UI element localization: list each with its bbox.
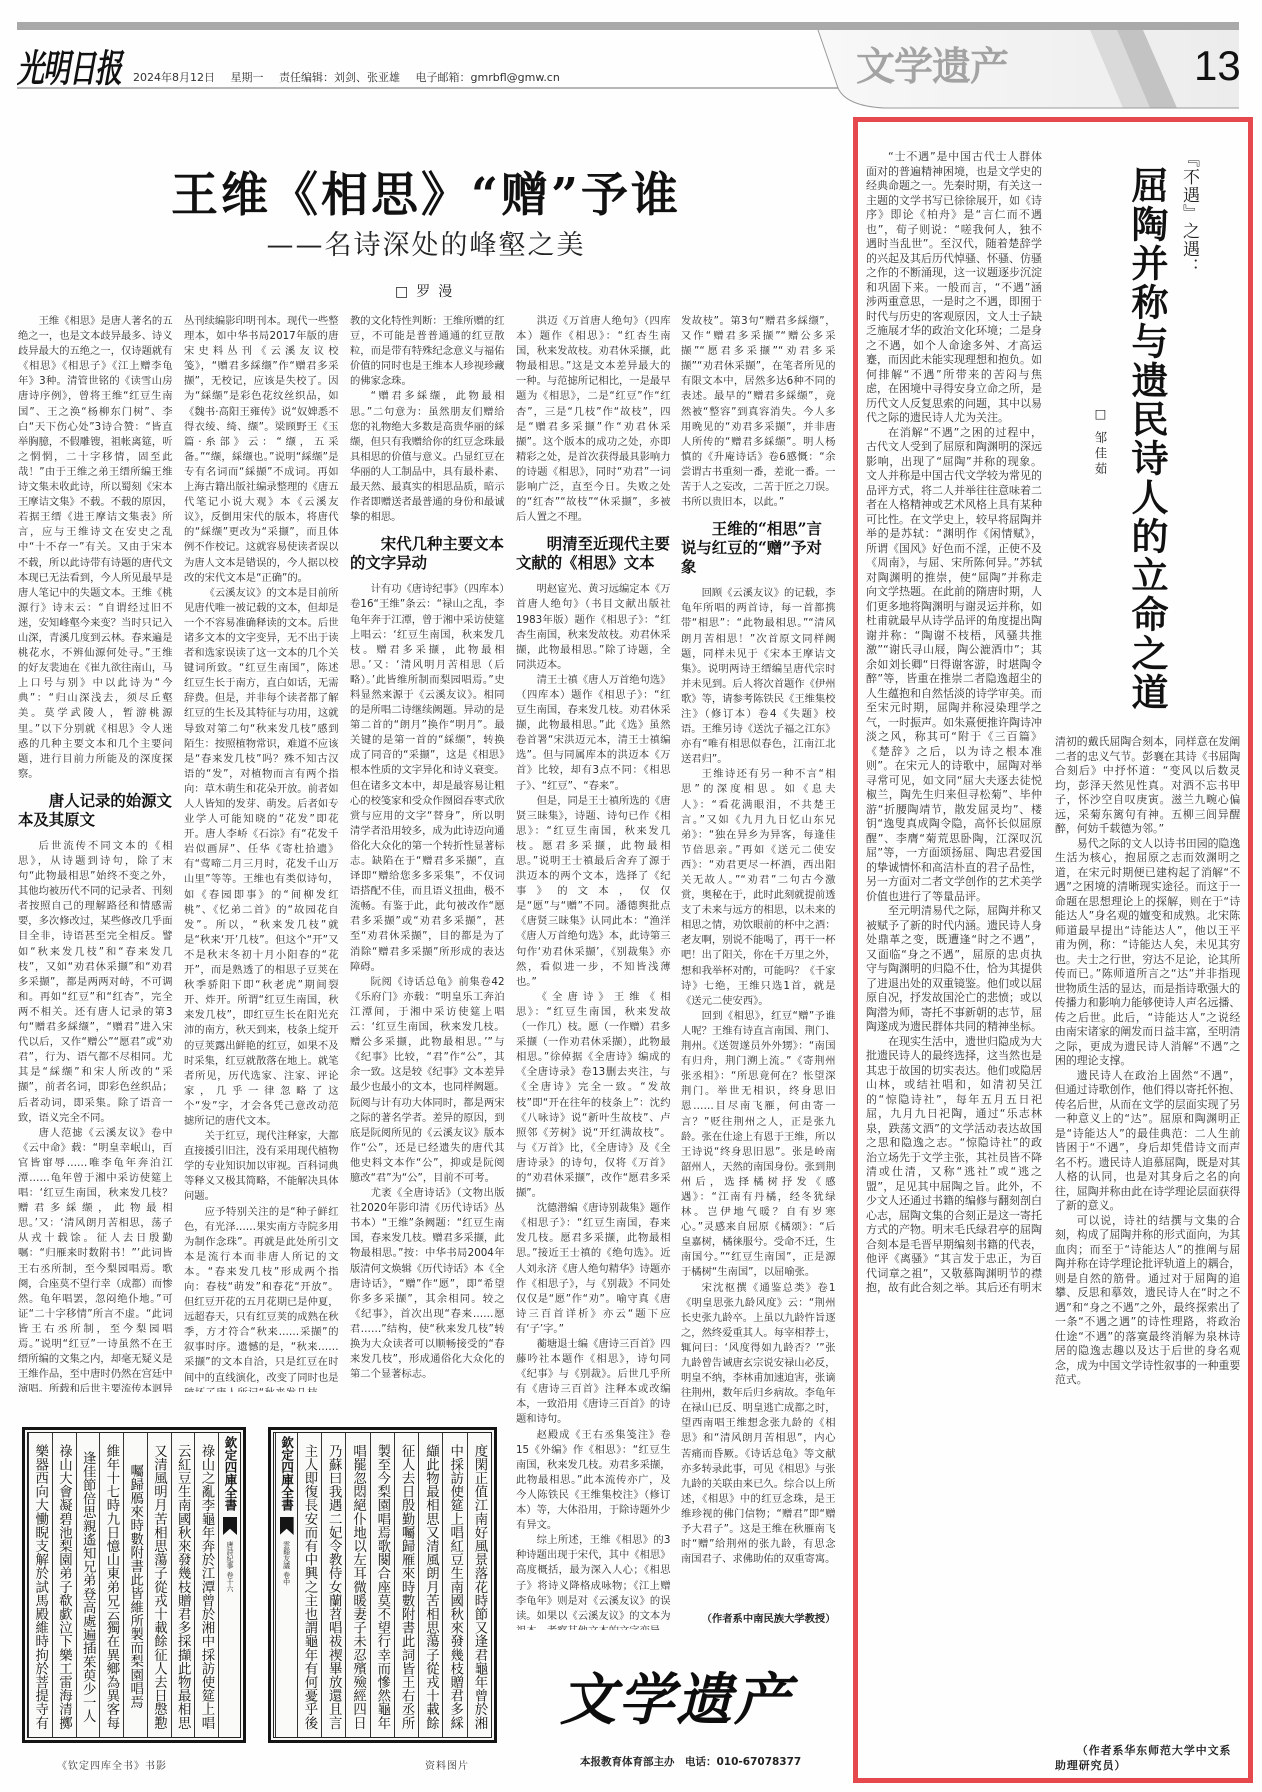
paragraph: 《云溪友议》的文本是目前所见唐代唯一被记载的文本，但却是一个不容易准确释读的文本… xyxy=(184,586,339,1129)
book-text-column: 云紅豆生南國秋來發幾枝贈君多採擷此物最相思 xyxy=(171,1433,195,1737)
paragraph: 清初的戴氏屈陶合刻本，同样意在发阐二者的忠义气节。彭襄在其诗《书屈陶合刻后》中抒… xyxy=(1055,735,1240,837)
section-heading: 明清至近现代主要文献的《相思》文本 xyxy=(516,535,671,573)
paragraph: 清王士禛《唐人万首绝句选》（四库本）题作《相思子》：“红豆生南国，春来发几枝。劝… xyxy=(516,673,671,794)
article-byline: □罗漫 xyxy=(395,281,460,301)
paragraph: 沈德潜编《唐诗别裁集》题作《相思子》：“红豆生南国，春来发几枝。愿君多采撷，此物… xyxy=(516,1201,671,1337)
book-text-column: 逢佳節倍思親遙知兄弟登高處遍插茱萸少一人 xyxy=(76,1433,100,1737)
masthead-logo: 光明日报 xyxy=(17,38,121,93)
article-column-5: 发故枝”。第3句“赠君多綵缬”，又作“赠君多采撷”“赠公多采撷”“愿君多采撷”“… xyxy=(681,314,836,1611)
book-text-column: 唱罷忽悶絕仆地以左耳微暖妻子未忍殯殮經四日 xyxy=(345,1433,369,1737)
page-number: 13 xyxy=(1194,44,1241,88)
paragraph: 综上所述，王维《相思》的3种诗题出现于宋代，其中《相思》高度概括，最为深入人心；… xyxy=(516,1533,671,1630)
image-caption: 《钦定四库全书》书影 xyxy=(57,1757,167,1772)
section-heading: 唐人记录的始源文本及其原文 xyxy=(18,792,173,830)
paragraph: 王维《相思》是唐人著名的五绝之一，也是文本歧异最多、诗义歧异最大的五绝之一，仅诗… xyxy=(18,314,173,782)
paragraph: 阮阅《诗话总龟》前集卷42《乐府门》亦载：“明皇乐工奔泊江潭间，于湘中采访使筵上… xyxy=(350,975,505,1186)
right-article-column-2: 清初的戴氏屈陶合刻本，同样意在发阐二者的忠义气节。彭襄在其诗《书屈陶合刻后》中抒… xyxy=(1055,735,1240,1743)
paragraph: 至元明清易代之际，屈陶并称又被赋予了新的时代内涵。遗民诗人身处鼎革之变，既遭逢“… xyxy=(866,904,1042,1035)
article-column-3: 教的文化特性判断：王维所赠的红豆，不可能是普普通通的红豆散粒，而是带有特殊纪念意… xyxy=(350,314,505,1392)
section-tab-graphic xyxy=(0,0,1262,115)
paragraph: 洪迈《万首唐人绝句》（四库本）题作《相思》：“红杏生南国，秋来发故枝。劝君休采撷… xyxy=(516,314,671,525)
section-calligraphy-logo: 文学遗产 xyxy=(560,1668,792,1732)
book-text-column: 囑歸鴈來時數附書此皆維所製而梨園唱焉 xyxy=(123,1433,147,1737)
paragraph: 易代之际的文人以诗书田园的隐逸生活为核心，抱屈原之志而效渊明之道，在宋元时期便已… xyxy=(1055,837,1240,1069)
paragraph: 后世流传不同文本的《相思》，从诗题到诗句，除了末句“此物最相思”始终不变之外，其… xyxy=(18,839,173,1126)
paragraph: 回到《相思》，红豆“赠”予谁人呢？王维有诗直言南国、荆门、荆州。《送贺遂员外外甥… xyxy=(681,1009,836,1281)
fishtail-mark-icon xyxy=(223,1517,237,1535)
book-page-header-column: 欽定四庫全書唐詩紀事 卷十六 xyxy=(218,1433,240,1737)
page-sponsor-info: 本报教育体育部主办 电话：010-67078377 xyxy=(580,1754,801,1769)
paragraph: 《全唐诗》王维《相思》：“红豆生南国，秋来发故（一作几）枝。愿（一作赠）君多采撷… xyxy=(516,990,671,1201)
book-scan-page: 欽定四庫全書唐詩紀事 卷十六祿山之亂李龜年奔於江潭曾於湘中採訪使筵上唱云紅豆生南… xyxy=(27,1432,241,1738)
paragraph: 丛刊续编影印明刊本。现代一些整理本，如中华书局2017年版的唐宋史料丛刊《云溪友… xyxy=(184,314,339,586)
paragraph: 唐人范摅《云溪友议》卷中《云中命》载：“明皇幸岷山，百官皆窜辱……唯李龟年奔泊江… xyxy=(18,1126,173,1392)
section-name: 文学遗产 xyxy=(856,45,1008,89)
article-title: 王维《相思》“赠”予谁 xyxy=(17,168,835,224)
paragraph: 在消解“不遇”之困的过程中，古代文人受到了屈原和陶渊明的深远影响，出现了“屈陶”… xyxy=(866,426,1042,905)
article-subtitle: ——名诗深处的峰壑之美 xyxy=(17,229,835,263)
book-text-column: 祿山之亂李龜年奔於江潭曾於湘中採訪使筵上唱 xyxy=(194,1433,218,1737)
book-text-column: 又清風明月苦相思蕩子從戎十載餘征人去日慇懃 xyxy=(147,1433,171,1737)
paragraph: “士不遇”是中国古代士人群体面对的普遍精神困境，也是文学史的经典命题之一。先秦时… xyxy=(866,150,1042,426)
book-text-column: 乃蘇曰我遇二妃令教侍女蘭苕唱祓禊畢放還且言 xyxy=(321,1433,345,1737)
paragraph: 回顾《云溪友议》的记载，李龟年所唱的两首诗，每一首都携带“相思”：“此物最相思。… xyxy=(681,586,836,767)
book-text-column: 纈此物最相思又清風朗月苦相思蕩子從戎十載餘 xyxy=(418,1433,442,1737)
section-heading: 宋代几种主要文本的文字异动 xyxy=(350,535,505,573)
paragraph: 关于红豆，现代注释家，大都直接援引旧注，没有采用现代植物学的专业知识加以审视。百… xyxy=(184,1129,339,1204)
book-text-column: 征人去日殷勤囑歸雁來時數附書此詞皆王右丞所 xyxy=(394,1433,418,1737)
right-article-byline: □ 邹佳茹 xyxy=(1092,406,1108,477)
paragraph: 发故枝”。第3句“赠君多綵缬”，又作“赠君多采撷”“赠公多采撷”“愿君多采撷”“… xyxy=(681,314,836,510)
paragraph: 尤袤《全唐诗话》（文物出版社2020年影印清《历代诗话》丛书本）“王维”条阙题：… xyxy=(350,1186,505,1382)
right-article-column-1: “士不遇”是中国古代士人群体面对的普遍精神困境，也是文学史的经典命题之一。先秦时… xyxy=(866,150,1042,1782)
paragraph: 在现实生活中，遗世归隐成为大批遗民诗人的最终选择，这当然也是其忠于故国的切实表达… xyxy=(866,1035,1042,1296)
book-volume-label: 唐詩紀事 卷十六 xyxy=(226,1541,234,1592)
book-page-header-column: 欽定四庫全書雲谿友議 卷中 xyxy=(275,1433,297,1737)
paragraph: “赠君多綵缬，此物最相思。”二句意为：虽然朋友们赠给您的礼物绝大多数是高贵华丽的… xyxy=(350,389,505,525)
author-affiliation-note: （作者系中南民族大学教授） xyxy=(681,1612,836,1627)
article-column-4: 洪迈《万首唐人绝句》（四库本）题作《相思》：“红杏生南国，秋来发故枝。劝君休采撷… xyxy=(516,314,671,1630)
book-scan-image: 欽定四庫全書唐詩紀事 卷十六祿山之亂李龜年奔於江潭曾於湘中採訪使筵上唱云紅豆生南… xyxy=(22,1427,246,1743)
issue-date: 2024年8月12日 xyxy=(133,71,215,84)
paragraph: 王维诗还有另一种不言“相思”的深度相思。如《息夫人》：“看花满眼泪，不共楚王言。… xyxy=(681,767,836,1009)
book-text-column: 製至今梨園唱焉歌闋合座莫不望行幸而慘然龜年 xyxy=(370,1433,394,1737)
paragraph: 蘅塘退士编《唐诗三百首》四藤吟社本题作《相思》，诗句同《纪事》与《别裁》。后世几… xyxy=(516,1337,671,1428)
article-column-2: 丛刊续编影印明刊本。现代一些整理本，如中华书局2017年版的唐宋史料丛刊《云溪友… xyxy=(184,314,339,1392)
paragraph: 遗民诗人在政治上固然“不遇”，但通过诗歌创作，他们得以寄托怀抱、传名后世，从而在… xyxy=(1055,1069,1240,1214)
paragraph: 应予特别关注的是“种子鲜红色，有光泽……果实南方寺院多用为制作念珠”。再就是此处… xyxy=(184,1205,339,1392)
book-text-column: 主人即復長安而有中興之主也謂龜年有何憂乎後 xyxy=(297,1433,321,1737)
book-text-column: 維年十七時九日憶山東弟兄云獨在異鄉為異客每 xyxy=(99,1433,123,1737)
paragraph: 计有功《唐诗纪事》（四库本）卷16“王维”条云：“禄山之乱，李龟年奔于江潭，曾于… xyxy=(350,582,505,974)
book-volume-label: 雲谿友議 卷中 xyxy=(283,1541,291,1585)
right-article-title: 屈陶并称与遗民诗人的立命之道 xyxy=(1124,166,1170,712)
book-text-column: 度閑正值江南好風景落花時節又逢君龜年曾於湘 xyxy=(467,1433,491,1737)
book-title-label: 欽定四庫全書 xyxy=(280,1436,295,1511)
right-article-kicker: 『不遇』之遇： xyxy=(1178,150,1200,276)
editor-email: 电子邮箱：gmrbfl@gmw.cn xyxy=(416,71,560,84)
image-credit: 资料图片 xyxy=(425,1757,469,1772)
paragraph: 但是，同是王士禛所选的《唐贤三昧集》，诗题、诗句已作《相思》：“红豆生南国，秋来… xyxy=(516,794,671,990)
paragraph: 明赵宧光、黄习远编定本《万首唐人绝句》（书目文献出版社1983年版）题作《相思子… xyxy=(516,582,671,673)
book-text-column: 中採訪使筵上唱紅豆生南國秋來發幾枝贈君多綵 xyxy=(442,1433,466,1737)
book-title-label: 欽定四庫全書 xyxy=(223,1436,238,1511)
book-text-column: 樂器西向大慟睨支解於試馬殿維時拘於菩提寺有 xyxy=(28,1433,52,1737)
paragraph: 赵殿成《王右丞集笺注》卷15《外编》作《相思》：“红豆生南国，秋来发几枝。劝君多… xyxy=(516,1428,671,1534)
paragraph: 可以说，诗社的结撰与文集的合刻，构成了屈陶并称的形式面向，为其血肉；而至于“诗能… xyxy=(1055,1214,1240,1388)
section-heading: 王维的“相思”言说与红豆的“赠”予对象 xyxy=(681,520,836,577)
book-scan-page: 度閑正值江南好風景落花時節又逢君龜年曾於湘中採訪使筵上唱紅豆生南國秋來發幾枝贈君… xyxy=(273,1432,492,1738)
book-text-column: 祿山大會凝碧池梨園弟子欷歔泣下樂工雷海清擲 xyxy=(52,1433,76,1737)
paragraph: 教的文化特性判断：王维所赠的红豆，不可能是普普通通的红豆散粒，而是带有特殊纪念意… xyxy=(350,314,505,389)
fishtail-mark-icon xyxy=(280,1517,294,1535)
article-column-1: 王维《相思》是唐人著名的五绝之一，也是文本歧异最多、诗义歧异最大的五绝之一，仅诗… xyxy=(18,314,173,1392)
dateline: 2024年8月12日 星期一 责任编辑：刘剑、张亚雄 电子邮箱：gmrbfl@g… xyxy=(133,69,572,85)
issue-weekday: 星期一 xyxy=(231,71,264,84)
right-author-affiliation-note: （作者系华东师范大学中文系助理研究员） xyxy=(1055,1744,1240,1773)
book-scan-image: 度閑正值江南好風景落花時節又逢君龜年曾於湘中採訪使筵上唱紅豆生南國秋來發幾枝贈君… xyxy=(268,1427,497,1743)
paragraph: 宋沈枢撰《通鉴总类》卷1《明皇思张九龄风度》云：“荆州长史张九龄卒。上虽以九龄忤… xyxy=(681,1281,836,1568)
responsible-editors: 责任编辑：刘剑、张亚雄 xyxy=(279,71,400,84)
